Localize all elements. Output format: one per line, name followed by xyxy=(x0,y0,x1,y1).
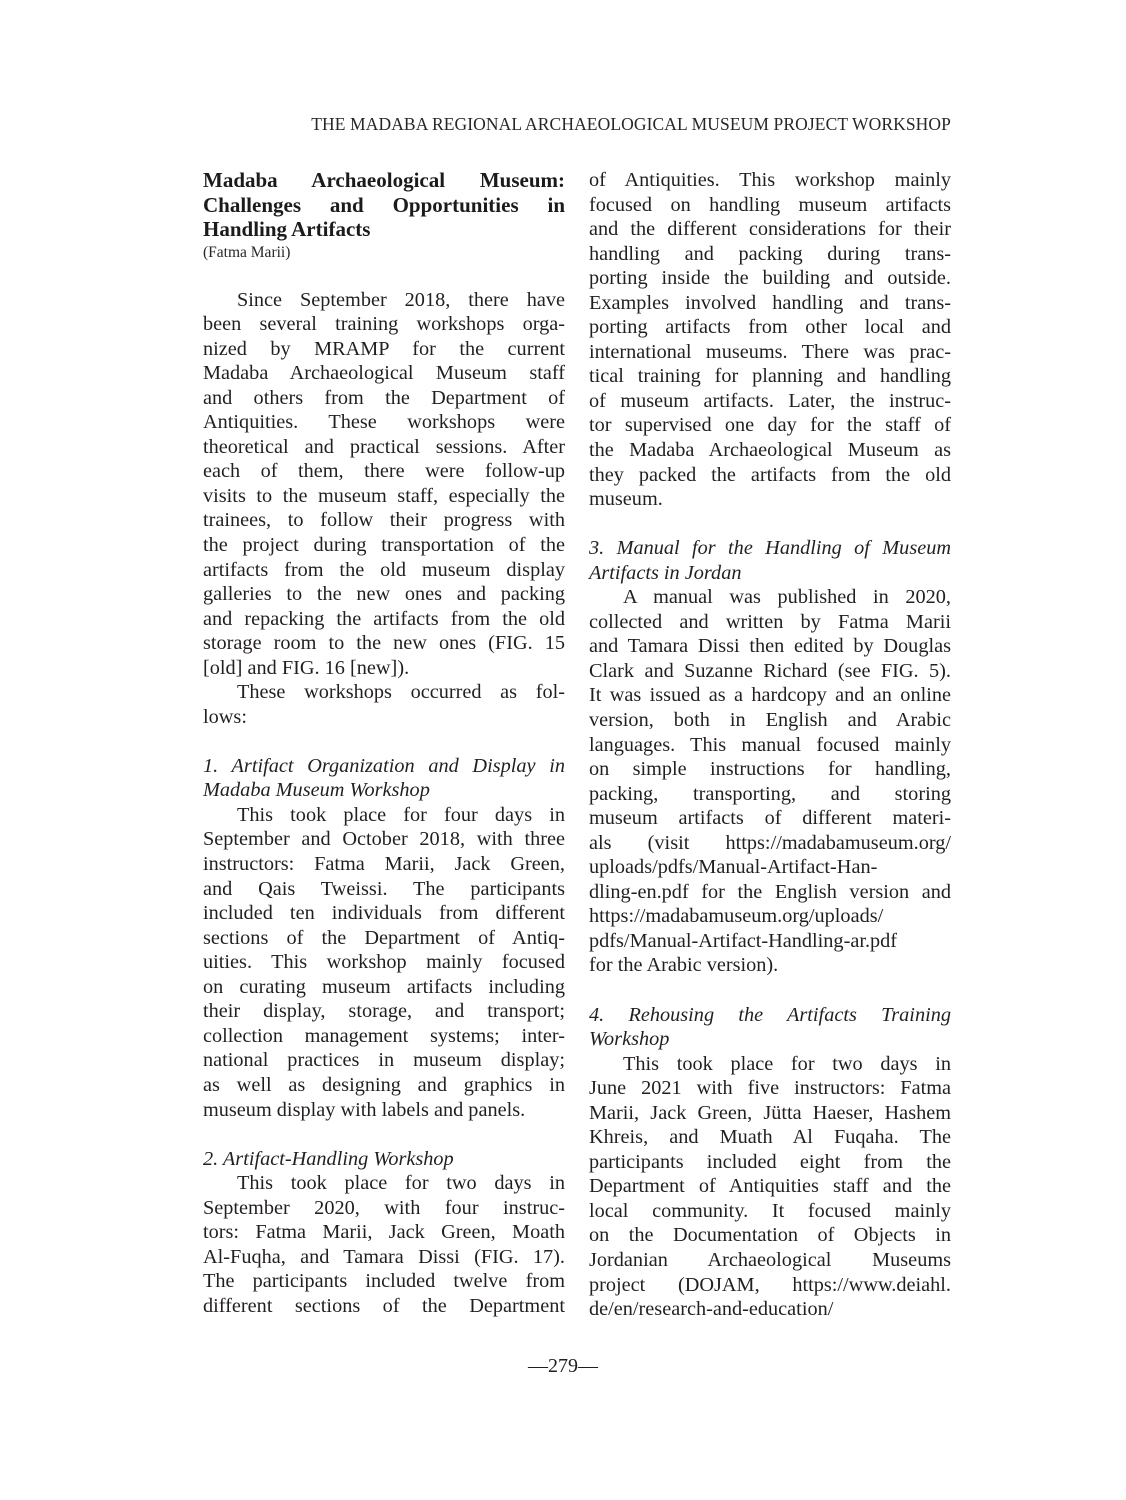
text-line: museum display with labels and panels. xyxy=(203,1098,565,1123)
text-line: project (DOJAM, https://www.deiahl. xyxy=(589,1273,951,1298)
text-line: 4. Rehousing the Artifacts Training xyxy=(589,1003,951,1028)
text-line: included ten individuals from different xyxy=(203,901,565,926)
text-line: and repacking the artifacts from the old xyxy=(203,607,565,632)
title-line: Madaba Archaeological Museum: xyxy=(203,168,565,193)
section-1-body: This took place for four days inSeptembe… xyxy=(203,803,565,1122)
text-line: their display, storage, and transport; xyxy=(203,999,565,1024)
article-title: Madaba Archaeological Museum: Challenges… xyxy=(203,168,565,242)
text-line: on the Documentation of Objects in xyxy=(589,1223,951,1248)
text-line: Al-Fuqha, and Tamara Dissi (FIG. 17). xyxy=(203,1245,565,1270)
text-line: they packed the artifacts from the old xyxy=(589,463,951,488)
running-head: THE MADABA REGIONAL ARCHAEOLOGICAL MUSEU… xyxy=(311,114,951,135)
text-line: and others from the Department of xyxy=(203,386,565,411)
section-4-body: This took place for two days inJune 2021… xyxy=(589,1052,951,1322)
text-line: artifacts from the old museum display xyxy=(203,558,565,583)
text-line: of museum artifacts. Later, the instruc- xyxy=(589,389,951,414)
text-line: museum artifacts of different materi- xyxy=(589,806,951,831)
section-2-body-continued: of Antiquities. This workshop mainlyfocu… xyxy=(589,168,951,512)
section-2-body: This took place for two days inSeptember… xyxy=(203,1171,565,1318)
text-line: 1. Artifact Organization and Display in xyxy=(203,754,565,779)
text-line: focused on handling museum artifacts xyxy=(589,193,951,218)
section-1-heading: 1. Artifact Organization and Display inM… xyxy=(203,754,565,803)
text-line: national practices in museum display; xyxy=(203,1048,565,1073)
text-line: tical training for planning and handling xyxy=(589,364,951,389)
text-line: uities. This workshop mainly focused xyxy=(203,950,565,975)
section-3-heading: 3. Manual for the Handling of MuseumArti… xyxy=(589,536,951,585)
text-line: These workshops occurred as fol- xyxy=(203,680,565,705)
text-line: theoretical and practical sessions. Afte… xyxy=(203,435,565,460)
text-line: museum. xyxy=(589,487,951,512)
text-line: Madaba Archaeological Museum staff xyxy=(203,361,565,386)
intro-paragraph-2: These workshops occurred as fol-lows: xyxy=(203,680,565,729)
section-2-heading: 2. Artifact-Handling Workshop xyxy=(203,1147,565,1172)
text-line: Workshop xyxy=(589,1027,951,1052)
text-line: Artifacts in Jordan xyxy=(589,561,951,586)
text-line: [old] and FIG. 16 [new]). xyxy=(203,656,565,681)
intro-paragraph-1: Since September 2018, there havebeen sev… xyxy=(203,288,565,681)
text-line: storage room to the new ones (FIG. 15 xyxy=(203,631,565,656)
section-4-heading: 4. Rehousing the Artifacts TrainingWorks… xyxy=(589,1003,951,1052)
text-line: collection management systems; inter- xyxy=(203,1024,565,1049)
text-line: The participants included twelve from xyxy=(203,1269,565,1294)
text-line: dling-en.pdf for the English version and xyxy=(589,880,951,905)
text-line: on curating museum artifacts including xyxy=(203,975,565,1000)
text-line: 2. Artifact-Handling Workshop xyxy=(203,1147,565,1172)
text-line: local community. It focused mainly xyxy=(589,1199,951,1224)
text-line: This took place for two days in xyxy=(589,1052,951,1077)
text-line: June 2021 with five instructors: Fatma xyxy=(589,1076,951,1101)
text-line: Jordanian Archaeological Museums xyxy=(589,1248,951,1273)
text-line: participants included eight from the xyxy=(589,1150,951,1175)
title-line: Handling Artifacts xyxy=(203,217,565,242)
text-line: galleries to the new ones and packing xyxy=(203,582,565,607)
text-line: different sections of the Department xyxy=(203,1294,565,1319)
text-line: porting inside the building and outside. xyxy=(589,266,951,291)
text-line: tors: Fatma Marii, Jack Green, Moath xyxy=(203,1220,565,1245)
text-line: September 2020, with four instruc- xyxy=(203,1196,565,1221)
text-line: tor supervised one day for the staff of xyxy=(589,413,951,438)
text-line: Khreis, and Muath Al Fuqaha. The xyxy=(589,1125,951,1150)
text-line: and Tamara Dissi then edited by Douglas xyxy=(589,634,951,659)
text-line: packing, transporting, and storing xyxy=(589,782,951,807)
text-line: on simple instructions for handling, xyxy=(589,757,951,782)
text-line: the project during transportation of the xyxy=(203,533,565,558)
text-line: Marii, Jack Green, Jütta Haeser, Hashem xyxy=(589,1101,951,1126)
text-line: nized by MRAMP for the current xyxy=(203,337,565,362)
text-line: languages. This manual focused mainly xyxy=(589,733,951,758)
text-line: of Antiquities. This workshop mainly xyxy=(589,168,951,193)
text-line: and the different considerations for the… xyxy=(589,217,951,242)
text-line: porting artifacts from other local and xyxy=(589,315,951,340)
left-column: Madaba Archaeological Museum: Challenges… xyxy=(203,168,565,1318)
text-line: Antiquities. These workshops were xyxy=(203,410,565,435)
text-line: for the Arabic version). xyxy=(589,953,951,978)
text-line: Madaba Museum Workshop xyxy=(203,778,565,803)
text-line: A manual was published in 2020, xyxy=(589,585,951,610)
article-byline: (Fatma Marii) xyxy=(203,242,565,264)
text-line: It was issued as a hardcopy and an onlin… xyxy=(589,683,951,708)
text-line: This took place for two days in xyxy=(203,1171,565,1196)
text-line: international museums. There was prac- xyxy=(589,340,951,365)
section-3-body: A manual was published in 2020,collected… xyxy=(589,585,951,978)
text-line: as well as designing and graphics in xyxy=(203,1073,565,1098)
right-column: of Antiquities. This workshop mainlyfocu… xyxy=(589,168,951,1322)
text-line: This took place for four days in xyxy=(203,803,565,828)
text-line: trainees, to follow their progress with xyxy=(203,508,565,533)
text-line: handling and packing during trans- xyxy=(589,242,951,267)
text-line: Clark and Suzanne Richard (see FIG. 5). xyxy=(589,659,951,684)
text-line: visits to the museum staff, especially t… xyxy=(203,484,565,509)
text-line: pdfs/Manual-Artifact-Handling-ar.pdf xyxy=(589,929,951,954)
text-line: Department of Antiquities staff and the xyxy=(589,1174,951,1199)
text-line: each of them, there were follow-up xyxy=(203,459,565,484)
text-line: Examples involved handling and trans- xyxy=(589,291,951,316)
text-line: September and October 2018, with three xyxy=(203,827,565,852)
text-line: als (visit https://madabamuseum.org/ xyxy=(589,831,951,856)
text-line: lows: xyxy=(203,705,565,730)
text-line: been several training workshops orga- xyxy=(203,312,565,337)
text-line: and Qais Tweissi. The participants xyxy=(203,877,565,902)
text-line: the Madaba Archaeological Museum as xyxy=(589,438,951,463)
text-line: Since September 2018, there have xyxy=(203,288,565,313)
text-line: de/en/research-and-education/ xyxy=(589,1297,951,1322)
text-line: sections of the Department of Antiq- xyxy=(203,926,565,951)
text-line: version, both in English and Arabic xyxy=(589,708,951,733)
text-line: uploads/pdfs/Manual-Artifact-Han- xyxy=(589,855,951,880)
title-line: Challenges and Opportunities in xyxy=(203,193,565,218)
page-number: —279— xyxy=(0,1355,1126,1378)
text-line: https://madabamuseum.org/uploads/ xyxy=(589,904,951,929)
text-line: 3. Manual for the Handling of Museum xyxy=(589,536,951,561)
text-line: collected and written by Fatma Marii xyxy=(589,610,951,635)
text-line: instructors: Fatma Marii, Jack Green, xyxy=(203,852,565,877)
